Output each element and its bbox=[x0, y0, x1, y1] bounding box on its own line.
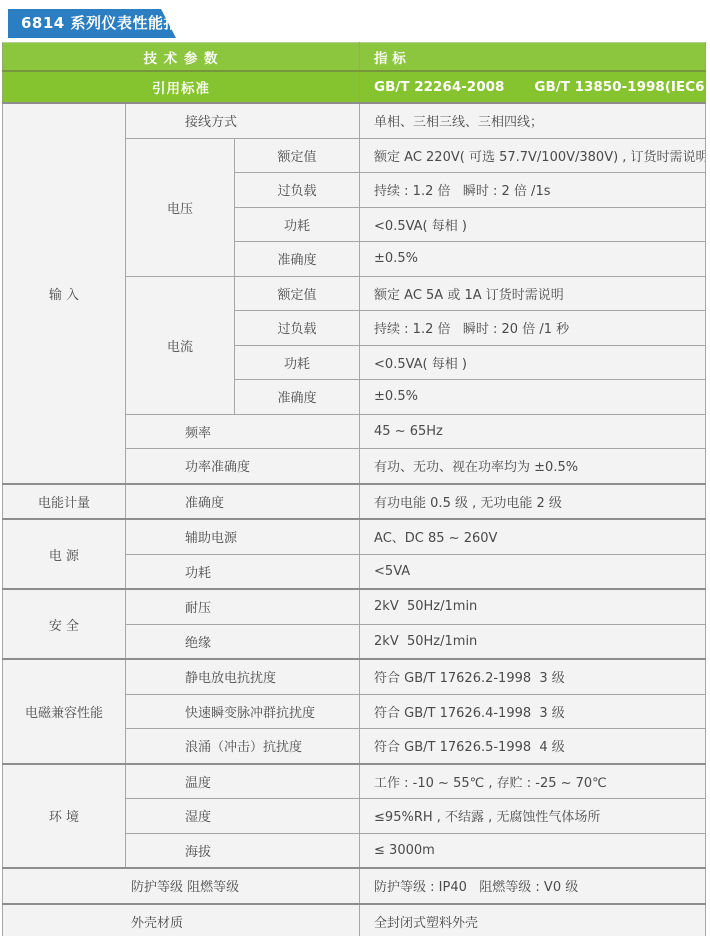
header-row: 技 术 参 数 指 标 bbox=[3, 43, 706, 72]
row-withstand: 安 全 耐压 2kV 50Hz/1min bbox=[3, 589, 706, 624]
reference-row: 引用标准 GB/T 22264-2008GB/T 13850-1998(IEC6… bbox=[3, 71, 706, 103]
group-label-environment: 环 境 bbox=[3, 764, 126, 869]
row-label: 湿度 bbox=[126, 799, 360, 834]
group-label-emc: 电磁兼容性能 bbox=[3, 659, 126, 764]
row-value: 2kV 50Hz/1min bbox=[360, 624, 706, 659]
row-value: 工作 : -10 ~ 55℃ , 存贮 : -25 ~ 70℃ bbox=[360, 764, 706, 799]
row-value: <0.5VA( 每相 ) bbox=[360, 345, 706, 380]
row-value: 符合 GB/T 17626.2-1998 3 级 bbox=[360, 659, 706, 694]
row-label: 准确度 bbox=[126, 484, 360, 520]
row-protection: 防护等级 阻燃等级 防护等级 : IP40 阻燃等级 : V0 级 bbox=[3, 868, 706, 904]
row-label: 功率准确度 bbox=[126, 449, 360, 484]
row-value: 2kV 50Hz/1min bbox=[360, 589, 706, 624]
group-label-voltage: 电压 bbox=[126, 138, 235, 276]
row-enclosure: 外壳材质 全封闭式塑料外壳 bbox=[3, 904, 706, 936]
datasheet-page: 6814 系列仪表性能指标 技 术 参 数 指 标 引用标准 GB/T 2226… bbox=[0, 0, 710, 936]
row-value: ≤95%RH , 不结露 , 无腐蚀性气体场所 bbox=[360, 799, 706, 834]
group-label-input: 输 入 bbox=[3, 103, 126, 484]
reference-label-cell: 引用标准 bbox=[3, 71, 360, 103]
row-label: 耐压 bbox=[126, 589, 360, 624]
row-label: 过负载 bbox=[235, 311, 360, 346]
row-label: 浪涌（冲击）抗扰度 bbox=[126, 729, 360, 764]
row-value: ≤ 3000m bbox=[360, 833, 706, 868]
row-energy-accuracy: 电能计量 准确度 有功电能 0.5 级 , 无功电能 2 级 bbox=[3, 484, 706, 520]
header-indicator-cell: 指 标 bbox=[360, 43, 706, 72]
row-value: 有功、无功、视在功率均为 ±0.5% bbox=[360, 449, 706, 484]
row-label: 准确度 bbox=[235, 242, 360, 277]
group-label-current: 电流 bbox=[126, 276, 235, 414]
page-title: 6814 系列仪表性能指标 bbox=[21, 14, 194, 32]
row-label: 接线方式 bbox=[126, 103, 360, 138]
row-wiring: 输 入 接线方式 单相、三相三线、三相四线； bbox=[3, 103, 706, 138]
row-label: 温度 bbox=[126, 764, 360, 799]
reference-value-cell: GB/T 22264-2008GB/T 13850-1998(IEC688-19… bbox=[360, 71, 706, 103]
row-label: 防护等级 阻燃等级 bbox=[3, 868, 360, 904]
group-label-power-supply: 电 源 bbox=[3, 519, 126, 589]
row-value: 额定 AC 220V( 可选 57.7V/100V/380V) , 订货时需说明 bbox=[360, 138, 706, 173]
row-value: <5VA bbox=[360, 554, 706, 589]
row-label: 功耗 bbox=[235, 207, 360, 242]
row-value: 符合 GB/T 17626.5-1998 4 级 bbox=[360, 729, 706, 764]
group-label-safety: 安 全 bbox=[3, 589, 126, 659]
group-label-energy: 电能计量 bbox=[3, 484, 126, 520]
row-value: ±0.5% bbox=[360, 242, 706, 277]
title-banner: 6814 系列仪表性能指标 bbox=[8, 9, 176, 38]
row-value: 持续 : 1.2 倍 瞬时 : 2 倍 /1s bbox=[360, 173, 706, 208]
row-label: 海拔 bbox=[126, 833, 360, 868]
row-aux-power: 电 源 辅助电源 AC、DC 85 ~ 260V bbox=[3, 519, 706, 554]
reference-standard-2: GB/T 13850-1998(IEC688-1992) bbox=[534, 79, 705, 95]
row-label: 额定值 bbox=[235, 276, 360, 311]
reference-standard-1: GB/T 22264-2008 bbox=[374, 79, 504, 95]
row-value: 全封闭式塑料外壳 bbox=[360, 904, 706, 936]
row-label: 额定值 bbox=[235, 138, 360, 173]
row-label: 频率 bbox=[126, 414, 360, 449]
row-value: <0.5VA( 每相 ) bbox=[360, 207, 706, 242]
row-label: 快速瞬变脉冲群抗扰度 bbox=[126, 694, 360, 729]
row-esd: 电磁兼容性能 静电放电抗扰度 符合 GB/T 17626.2-1998 3 级 bbox=[3, 659, 706, 694]
row-value: 防护等级 : IP40 阻燃等级 : V0 级 bbox=[360, 868, 706, 904]
row-value: 有功电能 0.5 级 , 无功电能 2 级 bbox=[360, 484, 706, 520]
spec-table: 技 术 参 数 指 标 引用标准 GB/T 22264-2008GB/T 138… bbox=[2, 42, 706, 936]
row-label: 外壳材质 bbox=[3, 904, 360, 936]
row-value: 符合 GB/T 17626.4-1998 3 级 bbox=[360, 694, 706, 729]
row-label: 绝缘 bbox=[126, 624, 360, 659]
row-value: AC、DC 85 ~ 260V bbox=[360, 519, 706, 554]
row-label: 功耗 bbox=[235, 345, 360, 380]
row-temperature: 环 境 温度 工作 : -10 ~ 55℃ , 存贮 : -25 ~ 70℃ bbox=[3, 764, 706, 799]
row-value: 持续 : 1.2 倍 瞬时 : 20 倍 /1 秒 bbox=[360, 311, 706, 346]
row-value: 单相、三相三线、三相四线； bbox=[360, 103, 706, 138]
row-label: 辅助电源 bbox=[126, 519, 360, 554]
header-param-cell: 技 术 参 数 bbox=[3, 43, 360, 72]
row-label: 静电放电抗扰度 bbox=[126, 659, 360, 694]
row-label: 过负载 bbox=[235, 173, 360, 208]
row-value: ±0.5% bbox=[360, 380, 706, 415]
row-label: 准确度 bbox=[235, 380, 360, 415]
row-value: 额定 AC 5A 或 1A 订货时需说明 bbox=[360, 276, 706, 311]
row-label: 功耗 bbox=[126, 554, 360, 589]
row-value: 45 ~ 65Hz bbox=[360, 414, 706, 449]
